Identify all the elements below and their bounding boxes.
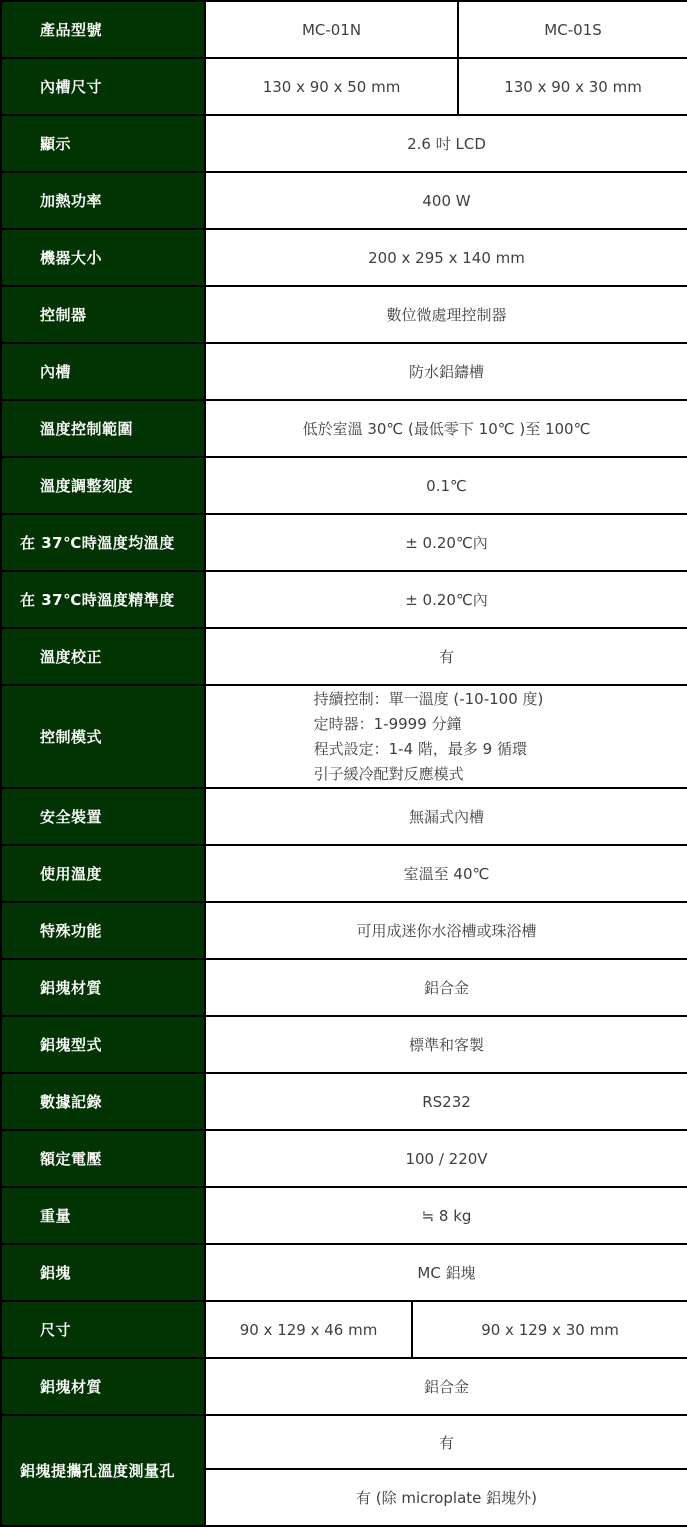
table-row: 加熱功率 400 W <box>1 172 687 229</box>
table-row: 產品型號 MC-01N MC-01S <box>1 1 687 58</box>
spec-label: 尺寸 <box>1 1301 205 1358</box>
table-row: 重量 ≒ 8 kg <box>1 1187 687 1244</box>
spec-value: 鋁合金 <box>205 959 687 1016</box>
table-row: 數據記錄 RS232 <box>1 1073 687 1130</box>
spec-label: 安全裝置 <box>1 788 205 845</box>
spec-label: 機器大小 <box>1 229 205 286</box>
spec-label: 鋁塊材質 <box>1 1358 205 1415</box>
spec-label: 數據記錄 <box>1 1073 205 1130</box>
spec-label: 在 37℃時溫度均溫度 <box>1 514 205 571</box>
spec-value: ± 0.20℃內 <box>205 514 687 571</box>
spec-value: 數位微處理控制器 <box>205 286 687 343</box>
spec-label: 溫度校正 <box>1 628 205 685</box>
spec-value: 130 x 90 x 50 mm <box>205 58 458 115</box>
table-row: 在 37℃時溫度均溫度 ± 0.20℃內 <box>1 514 687 571</box>
spec-value: MC-01N <box>205 1 458 58</box>
spec-label: 額定電壓 <box>1 1130 205 1187</box>
table-row: 特殊功能 可用成迷你水浴槽或珠浴槽 <box>1 902 687 959</box>
table-row: 尺寸 90 x 129 x 46 mm 90 x 129 x 30 mm <box>1 1301 687 1358</box>
spec-value: 有 (除 microplate 鋁塊外) <box>205 1469 687 1526</box>
spec-value: 400 W <box>205 172 687 229</box>
table-row: 鋁塊材質 鋁合金 <box>1 959 687 1016</box>
table-row: 鋁塊材質 鋁合金 <box>1 1358 687 1415</box>
table-row: 內槽尺寸 130 x 90 x 50 mm 130 x 90 x 30 mm <box>1 58 687 115</box>
table-row: 控制器 數位微處理控制器 <box>1 286 687 343</box>
spec-label: 產品型號 <box>1 1 205 58</box>
spec-value: RS232 <box>205 1073 687 1130</box>
spec-value: 90 x 129 x 30 mm <box>412 1301 687 1358</box>
table-row: 使用溫度 室溫至 40℃ <box>1 845 687 902</box>
spec-value: 2.6 吋 LCD <box>205 115 687 172</box>
table-row: 機器大小 200 x 295 x 140 mm <box>1 229 687 286</box>
table-row: 鋁塊型式 標準和客製 <box>1 1016 687 1073</box>
spec-value: 130 x 90 x 30 mm <box>458 58 687 115</box>
spec-label: 使用溫度 <box>1 845 205 902</box>
control-mode-line: 定時器：1-9999 分鐘 <box>314 715 462 733</box>
spec-value: 鋁合金 <box>205 1358 687 1415</box>
spec-label: 特殊功能 <box>1 902 205 959</box>
spec-value: 低於室溫 30℃ (最低零下 10℃ )至 100℃ <box>205 400 687 457</box>
spec-label: 顯示 <box>1 115 205 172</box>
spec-value: ≒ 8 kg <box>205 1187 687 1244</box>
spec-value: 90 x 129 x 46 mm <box>205 1301 412 1358</box>
spec-value: MC 鋁塊 <box>205 1244 687 1301</box>
spec-table: 產品型號 MC-01N MC-01S 內槽尺寸 130 x 90 x 50 mm… <box>0 0 687 1527</box>
table-row: 安全裝置 無漏式內槽 <box>1 788 687 845</box>
spec-value: 無漏式內槽 <box>205 788 687 845</box>
table-row: 溫度調整刻度 0.1℃ <box>1 457 687 514</box>
spec-value: MC-01S <box>458 1 687 58</box>
spec-value: ± 0.20℃內 <box>205 571 687 628</box>
spec-label: 在 37℃時溫度精準度 <box>1 571 205 628</box>
spec-label: 溫度調整刻度 <box>1 457 205 514</box>
spec-label: 內槽尺寸 <box>1 58 205 115</box>
table-row: 鋁塊提攜孔溫度測量孔 有 <box>1 1415 687 1469</box>
spec-value: 100 / 220V <box>205 1130 687 1187</box>
spec-label: 內槽 <box>1 343 205 400</box>
spec-value: 持續控制：單一溫度 (-10-100 度) 定時器：1-9999 分鐘 程式設定… <box>205 685 687 788</box>
control-mode-line: 持續控制：單一溫度 (-10-100 度) <box>314 690 544 708</box>
control-mode-lines: 持續控制：單一溫度 (-10-100 度) 定時器：1-9999 分鐘 程式設定… <box>314 687 544 787</box>
spec-value: 有 <box>205 628 687 685</box>
spec-label: 控制模式 <box>1 685 205 788</box>
spec-value: 0.1℃ <box>205 457 687 514</box>
spec-label: 鋁塊材質 <box>1 959 205 1016</box>
table-row: 鋁塊 MC 鋁塊 <box>1 1244 687 1301</box>
table-row: 溫度控制範圍 低於室溫 30℃ (最低零下 10℃ )至 100℃ <box>1 400 687 457</box>
spec-value: 200 x 295 x 140 mm <box>205 229 687 286</box>
spec-value: 可用成迷你水浴槽或珠浴槽 <box>205 902 687 959</box>
spec-label: 鋁塊型式 <box>1 1016 205 1073</box>
table-row: 額定電壓 100 / 220V <box>1 1130 687 1187</box>
spec-value: 室溫至 40℃ <box>205 845 687 902</box>
table-row: 顯示 2.6 吋 LCD <box>1 115 687 172</box>
control-mode-line: 引子緩冷配對反應模式 <box>314 765 464 783</box>
spec-label: 鋁塊 <box>1 1244 205 1301</box>
table-row: 內槽 防水鋁鑄槽 <box>1 343 687 400</box>
spec-value: 防水鋁鑄槽 <box>205 343 687 400</box>
spec-label: 溫度控制範圍 <box>1 400 205 457</box>
table-row: 溫度校正 有 <box>1 628 687 685</box>
spec-label: 加熱功率 <box>1 172 205 229</box>
spec-label: 重量 <box>1 1187 205 1244</box>
spec-label: 控制器 <box>1 286 205 343</box>
table-row: 控制模式 持續控制：單一溫度 (-10-100 度) 定時器：1-9999 分鐘… <box>1 685 687 788</box>
spec-label: 鋁塊提攜孔溫度測量孔 <box>1 1415 205 1526</box>
control-mode-line: 程式設定：1-4 階，最多 9 循環 <box>314 740 527 758</box>
table-row: 在 37℃時溫度精準度 ± 0.20℃內 <box>1 571 687 628</box>
spec-value: 有 <box>205 1415 687 1469</box>
spec-value: 標準和客製 <box>205 1016 687 1073</box>
